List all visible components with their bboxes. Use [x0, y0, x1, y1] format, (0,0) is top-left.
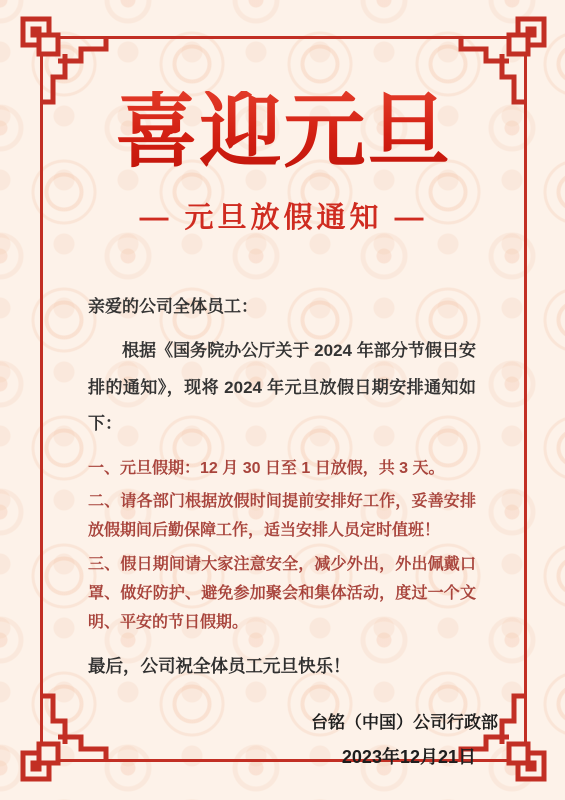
notice-item-3: 三、假日期间请大家注意安全，减少外出，外出佩戴口罩、做好防护、避免参加聚会和集体…: [88, 551, 476, 637]
notice-item-1: 一、元旦假期：12 月 30 日至 1 日放假，共 3 天。: [88, 455, 476, 484]
salutation: 亲爱的公司全体员工：: [88, 292, 476, 317]
holiday-notice-poster: 喜迎元旦 — 元旦放假通知 — 亲爱的公司全体员工： 根据《国务院办公厅关于 2…: [0, 0, 565, 800]
closing-line: 最后，公司祝全体员工元旦快乐！: [88, 653, 476, 678]
decorative-border-frame: 喜迎元旦 — 元旦放假通知 — 亲爱的公司全体员工： 根据《国务院办公厅关于 2…: [40, 36, 527, 762]
poster-subtitle: — 元旦放假通知 —: [43, 195, 524, 236]
notice-item-2: 二、请各部门根据放假时间提前安排好工作，妥善安排放假期间后勤保障工作，适当安排人…: [88, 488, 476, 546]
letter-body: 亲爱的公司全体员工： 根据《国务院办公厅关于 2024 年部分节假日安排的通知》…: [88, 292, 476, 775]
notice-content: 喜迎元旦 — 元旦放假通知 — 亲爱的公司全体员工： 根据《国务院办公厅关于 2…: [43, 39, 524, 759]
signoff-block: 台铭（中国）公司行政部 2023年12月21日: [88, 706, 498, 774]
poster-title: 喜迎元旦: [43, 91, 524, 173]
signature-line: 台铭（中国）公司行政部: [88, 706, 498, 740]
date-line: 2023年12月21日: [88, 740, 498, 774]
intro-paragraph: 根据《国务院办公厅关于 2024 年部分节假日安排的通知》，现将 2024 年元…: [88, 333, 476, 443]
